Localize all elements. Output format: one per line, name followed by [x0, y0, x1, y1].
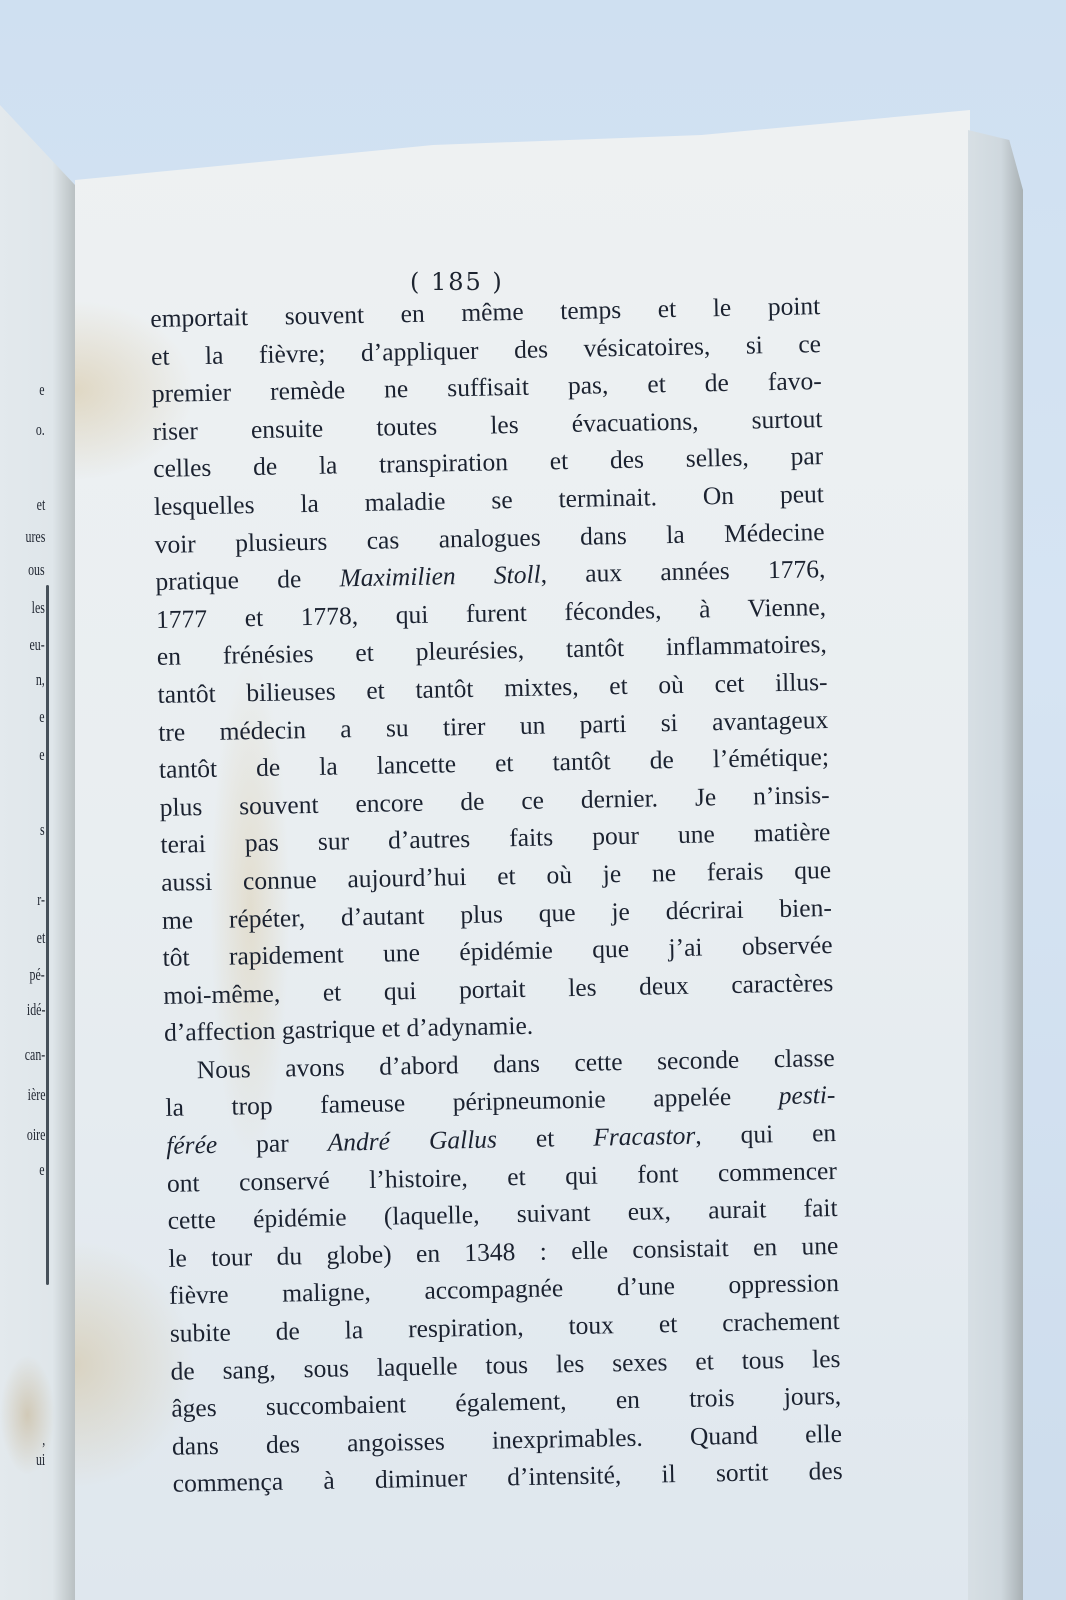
italic-text: pesti-: [778, 1080, 835, 1110]
left-page-fragment: r-: [37, 890, 45, 910]
left-page-fragment: o.: [36, 420, 45, 440]
left-page-fragment: et: [36, 495, 45, 515]
gutter-shadow: [46, 585, 49, 1285]
italic-text: André Gallus: [327, 1125, 497, 1157]
left-page-fragment: eu-: [30, 635, 45, 655]
text-segment: par: [217, 1128, 328, 1159]
left-page-fragment: ière: [27, 1085, 45, 1105]
left-page-fragment: ures: [25, 527, 45, 547]
left-page-fragment: idé-: [26, 1000, 45, 1020]
italic-text: férée: [166, 1130, 218, 1160]
left-page-fragment: can-: [25, 1045, 45, 1065]
text-segment: , qui en: [695, 1118, 836, 1150]
left-page-fragment: n,: [36, 670, 45, 690]
text-segment: et: [497, 1123, 594, 1154]
left-page-text-fragments: eo.eturesousleseu-n,eesr-etpé-idé-can-iè…: [0, 0, 45, 1600]
left-page-fragment: et: [36, 928, 45, 948]
left-page-fragment: ui: [36, 1450, 45, 1470]
text-segment: pratique de: [155, 564, 340, 597]
left-page-fragment: e: [40, 380, 45, 400]
left-page-fragment: s: [40, 820, 45, 840]
left-page-fragment: e: [40, 1160, 45, 1180]
left-page-fragment: les: [32, 598, 45, 618]
body-text: emportait souvent en même temps et le po…: [150, 287, 843, 1503]
left-page-fragment: oire: [26, 1125, 45, 1145]
page-stack-edge: [968, 130, 1023, 1600]
page-number: ( 185 ): [410, 268, 504, 296]
left-page-fragment: ous: [28, 560, 45, 580]
text-segment: , aux années 1776,: [540, 554, 825, 588]
left-page-fragment: pé-: [30, 965, 45, 985]
text-segment: d’affection gastrique et d’adynamie.: [164, 1011, 534, 1047]
left-page-fragment: e: [40, 707, 45, 727]
left-page-fragment: ,: [42, 1430, 45, 1450]
italic-text: Fracastor: [593, 1121, 696, 1152]
left-page-fragment: e: [40, 745, 45, 765]
italic-text: Maximilien Stoll: [339, 560, 541, 593]
